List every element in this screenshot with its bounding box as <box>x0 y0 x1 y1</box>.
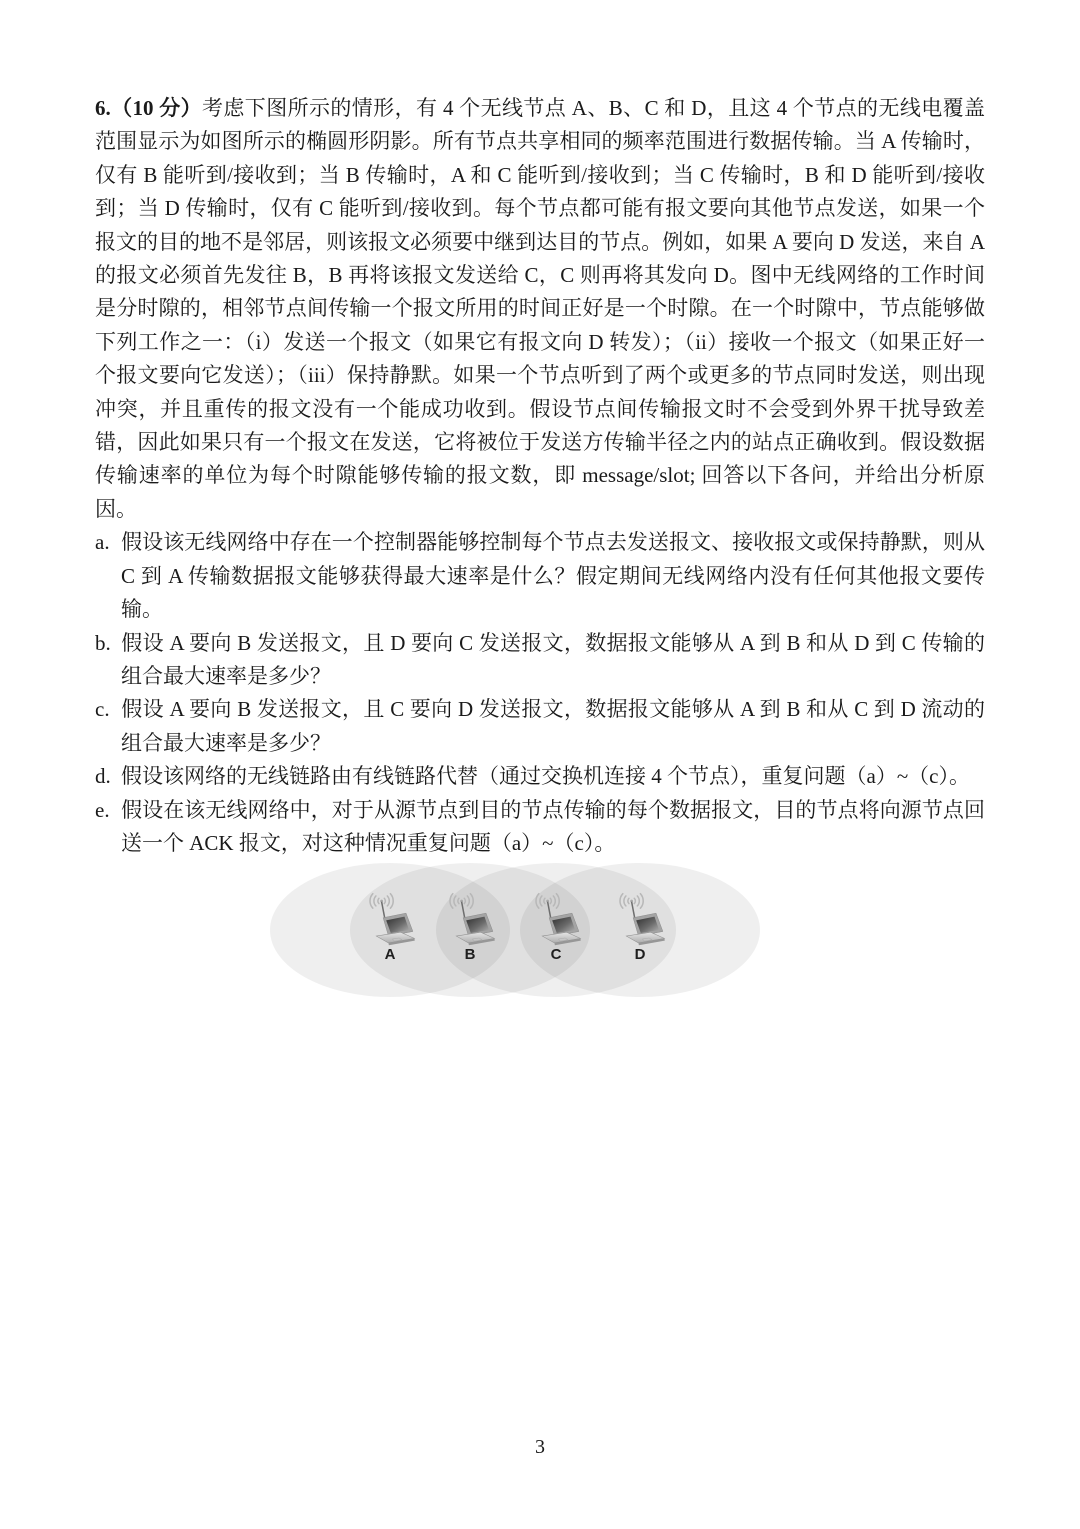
item-marker-d: d. <box>95 760 121 793</box>
document-page: { "page": { "number": "3" }, "question":… <box>0 0 1080 1529</box>
question-number: 6.（10 分） <box>95 96 202 120</box>
item-text-b: 假设 A 要向 B 发送报文，且 D 要向 C 发送报文，数据报文能够从 A 到… <box>121 631 985 688</box>
question-item-list: a.假设该无线网络中存在一个控制器能够控制每个节点去发送报文、接收报文或保持静默… <box>95 526 985 860</box>
item-text-a: 假设该无线网络中存在一个控制器能够控制每个节点去发送报文、接收报文或保持静默，则… <box>121 530 985 621</box>
node-label-a: A <box>345 946 435 963</box>
item-text-e: 假设在该无线网络中，对于从源节点到目的节点传输的每个数据报文，目的节点将向源节点… <box>121 798 985 855</box>
question-item-e: e.假设在该无线网络中，对于从源节点到目的节点传输的每个数据报文，目的节点将向源… <box>95 794 985 861</box>
node-label-d: D <box>595 946 685 963</box>
item-text-c: 假设 A 要向 B 发送报文，且 C 要向 D 发送报文，数据报文能够从 A 到… <box>121 697 985 754</box>
wireless-node-d: D <box>595 890 685 963</box>
laptop-icon <box>441 890 499 947</box>
item-text-d: 假设该网络的无线链路由有线链路代替（通过交换机连接 4 个节点），重复问题（a）… <box>121 764 970 788</box>
item-marker-c: c. <box>95 693 121 726</box>
node-label-b: B <box>425 946 515 963</box>
question-block: 6.（10 分）考虑下图所示的情形，有 4 个无线节点 A、B、C 和 D，且这… <box>95 92 985 860</box>
wireless-node-a: A <box>345 890 435 963</box>
wireless-node-b: B <box>425 890 515 963</box>
page-number: 3 <box>0 1436 1080 1459</box>
question-item-d: d.假设该网络的无线链路由有线链路代替（通过交换机连接 4 个节点），重复问题（… <box>95 760 985 793</box>
item-marker-a: a. <box>95 526 121 559</box>
item-marker-e: e. <box>95 794 121 827</box>
laptop-icon <box>361 890 419 947</box>
node-label-c: C <box>511 946 601 963</box>
laptop-icon <box>611 890 669 947</box>
laptop-icon <box>527 890 585 947</box>
question-body: 考虑下图所示的情形，有 4 个无线节点 A、B、C 和 D，且这 4 个节点的无… <box>95 96 985 521</box>
item-marker-b: b. <box>95 627 121 660</box>
question-item-c: c.假设 A 要向 B 发送报文，且 C 要向 D 发送报文，数据报文能够从 A… <box>95 693 985 760</box>
question-item-a: a.假设该无线网络中存在一个控制器能够控制每个节点去发送报文、接收报文或保持静默… <box>95 526 985 626</box>
question-item-b: b.假设 A 要向 B 发送报文，且 D 要向 C 发送报文，数据报文能够从 A… <box>95 627 985 694</box>
question-paragraph: 6.（10 分）考虑下图所示的情形，有 4 个无线节点 A、B、C 和 D，且这… <box>95 92 985 526</box>
wireless-network-figure: A B <box>265 858 765 1006</box>
wireless-node-c: C <box>511 890 601 963</box>
